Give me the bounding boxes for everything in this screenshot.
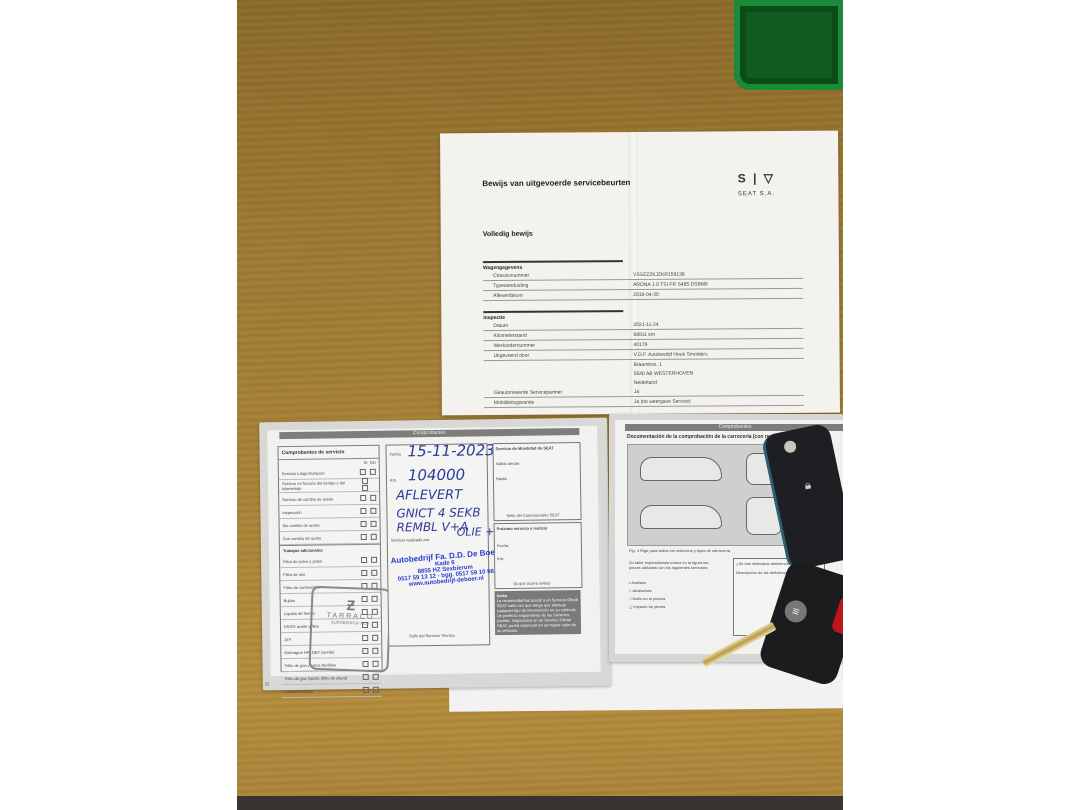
row-value: Ja bbox=[634, 387, 804, 394]
aviso-box: Aviso Le recomendamos acudir a un Servic… bbox=[495, 590, 582, 635]
label-fecha: Fecha bbox=[390, 451, 401, 456]
car-side-right-icon bbox=[640, 505, 722, 529]
row-value: 2021-11-24 bbox=[633, 320, 803, 327]
damage-legend: ▪ Arañazo○ Abolladura□ Daño en la pintur… bbox=[629, 580, 725, 612]
label-servicio: Servicio realizado por bbox=[391, 537, 430, 543]
row-value: VSSZZZKJZKR159138 bbox=[633, 270, 803, 277]
damage-symbol-icon: △ bbox=[629, 604, 632, 609]
row-label: Mobiliteitsgarantie bbox=[484, 399, 634, 406]
item-label: Sin cambio de aceite bbox=[283, 522, 320, 528]
item-label: Servicio de cambio de aceite bbox=[282, 496, 333, 502]
checkbox-si[interactable] bbox=[360, 507, 366, 513]
mobility-seal: Sello del Concesionario SEAT bbox=[506, 512, 559, 518]
row-label: Werkordernummer bbox=[483, 342, 633, 349]
checkbox-no[interactable] bbox=[371, 520, 377, 526]
item-label: ATF bbox=[284, 637, 291, 642]
next-service-note: (lo que ocurra antes) bbox=[513, 580, 550, 586]
seat-cupra-logo-icon: S | ▽ bbox=[726, 171, 786, 185]
key-button-icon bbox=[783, 440, 797, 454]
fig-caption: Fig. 4 Rige para todos los vehículos y t… bbox=[629, 548, 731, 553]
booklet-left-page: Comprobantes Comprobantes de servicio SI… bbox=[259, 418, 611, 691]
checkbox-no[interactable] bbox=[371, 533, 377, 539]
certificate-subtitle: Volledig bewijs bbox=[483, 231, 533, 238]
row-value: Nederland bbox=[634, 378, 804, 385]
row-label bbox=[484, 374, 634, 375]
checkbox-no[interactable] bbox=[371, 556, 377, 562]
row-label: Uitgevoerd door bbox=[484, 352, 634, 359]
lock-icon: 🔒︎ bbox=[803, 477, 812, 493]
certificate-title: Bewijs van uitgevoerde servicebeurten bbox=[482, 178, 630, 188]
row-label: Datum bbox=[483, 322, 633, 329]
vehicle-section: Wagengegevens ChassisnummerVSSZZZKJZKR15… bbox=[483, 259, 803, 301]
item-label: Servicio Larga Duración bbox=[282, 470, 325, 476]
info-row: Afleverdatum2018-04-30 bbox=[483, 289, 803, 301]
legend-label: Arañazo bbox=[631, 580, 646, 585]
row-label: Afleverdatum bbox=[483, 292, 633, 299]
damage-symbol-icon: □ bbox=[629, 596, 631, 601]
row-value: Braambos, 1 bbox=[634, 360, 804, 367]
legend-item: □ Daño en la pintura bbox=[629, 596, 725, 604]
row-label: Typeaanduiding bbox=[483, 282, 633, 289]
row-label: Chassisnummer bbox=[483, 272, 633, 279]
legend-item: ▪ Arañazo bbox=[629, 580, 725, 588]
checkbox-si[interactable] bbox=[363, 686, 369, 692]
item-label: Con cambio de aceite bbox=[283, 535, 322, 541]
mobility-valid: Válido desde: bbox=[494, 452, 580, 466]
checkbox-no[interactable] bbox=[370, 494, 376, 500]
label-sello: Sello del Servicio Técnico bbox=[409, 633, 455, 639]
checkbox-no[interactable] bbox=[373, 673, 379, 679]
brand-name: SEAT S.A. bbox=[726, 191, 786, 197]
checklist-item: Servicio en función del tiempo o del kil… bbox=[279, 479, 379, 493]
legend-label: Daño en la pintura bbox=[633, 596, 666, 601]
checkbox-no[interactable] bbox=[371, 569, 377, 575]
item-label: Correa dentada bbox=[285, 688, 313, 693]
legend-label: Impacto de piedra bbox=[633, 604, 665, 609]
row-label: Geautoriseerde Servicepartner bbox=[484, 389, 634, 396]
legend-item: ○ Abolladura bbox=[629, 588, 725, 596]
row-label bbox=[484, 383, 634, 384]
seat-emblem-icon: ≡ bbox=[782, 598, 810, 626]
mobility-until: Hasta: bbox=[494, 465, 580, 481]
left-banner: Comprobantes bbox=[279, 428, 579, 439]
service-certificate: Bewijs van uitgevoerde servicebeurten Vo… bbox=[440, 131, 840, 416]
handwritten-line2: GNICT 4 SEKB bbox=[396, 505, 480, 520]
floor-tiles bbox=[237, 796, 843, 810]
checkbox-si[interactable] bbox=[361, 533, 367, 539]
next-service-date: Fecha: bbox=[495, 532, 581, 548]
row-value: V.O.F. Autobedrijf Houk Smolders bbox=[634, 350, 804, 357]
checklist-item: Correa dentada bbox=[282, 684, 382, 698]
checkbox-si[interactable] bbox=[360, 494, 366, 500]
label-km: Km bbox=[390, 478, 396, 483]
page-number: 22 bbox=[265, 681, 270, 686]
checkbox-no[interactable] bbox=[370, 468, 376, 474]
checkbox-no[interactable] bbox=[373, 686, 379, 692]
checkbox-si[interactable] bbox=[361, 556, 367, 562]
checkbox-si[interactable] bbox=[361, 520, 367, 526]
item-label: Servicio en función del tiempo o del kil… bbox=[282, 480, 358, 491]
tarraco-stamp: Ƶ TARRACO EUROBEDRIJF NOV bbox=[308, 586, 391, 673]
item-label: Filtro de polvo y polen bbox=[283, 558, 322, 564]
car-side-left-icon bbox=[640, 457, 722, 481]
handwritten-line1: AFLEVERT bbox=[396, 488, 462, 504]
checkbox-si[interactable] bbox=[363, 673, 369, 679]
row-value: 2018-04-30 bbox=[633, 290, 803, 297]
service-booklet: Comprobantes Comprobantes de servicio SI… bbox=[261, 414, 843, 690]
red-logo-mark bbox=[831, 596, 843, 636]
row-label: Kilometerstand bbox=[483, 332, 633, 339]
photo: Bewijs van uitgevoerde servicebeurten Vo… bbox=[237, 0, 843, 810]
checkbox-si[interactable] bbox=[360, 468, 366, 474]
handwritten-km: 104000 bbox=[408, 466, 466, 485]
item-label: Filtro de gas líquido (filtro de plaza) bbox=[285, 675, 348, 681]
checkbox-no[interactable] bbox=[370, 507, 376, 513]
aviso-text: Le recomendamos acudir a un Servicio Ofi… bbox=[497, 597, 579, 633]
col-no: NO bbox=[370, 460, 376, 465]
row-value: 68911 km bbox=[633, 330, 803, 337]
legend-item: △ Impacto de piedra bbox=[629, 604, 725, 612]
legend-label: Abolladura bbox=[632, 588, 651, 593]
checkbox-si[interactable] bbox=[362, 478, 368, 484]
next-service-box: Próximo servicio a realizar Fecha: Km: (… bbox=[494, 522, 583, 589]
row-value: Ja (tot weergave Service) bbox=[634, 397, 804, 404]
row-label bbox=[484, 365, 634, 366]
row-value: ARONA 1.0 TSI FR S485 DSBM6 bbox=[633, 280, 803, 287]
checkbox-si[interactable] bbox=[361, 569, 367, 575]
row-value: 5540 AB WESTERHOVEN bbox=[634, 369, 804, 376]
inspection-section: Inspectie Datum2021-11-24Kilometerstand6… bbox=[483, 309, 804, 408]
green-tray bbox=[734, 0, 843, 90]
info-row: MobiliteitsgarantieJa (tot weergave Serv… bbox=[484, 396, 804, 408]
item-label: Filtro de aire bbox=[283, 571, 305, 576]
checkbox-no[interactable] bbox=[362, 485, 368, 491]
item-label: Bujías bbox=[284, 597, 295, 602]
col-si: SI bbox=[364, 460, 368, 465]
mobility-box: Servicio de Movilidad de SEAT Válido des… bbox=[492, 442, 581, 521]
instructions: Su taller especializado marca en la figu… bbox=[629, 560, 719, 570]
handwritten-date: 15-11-2023 bbox=[407, 441, 494, 460]
row-value: 40179 bbox=[633, 340, 803, 347]
next-service-km: Km: bbox=[495, 547, 581, 561]
seat-logo: S | ▽ SEAT S.A. bbox=[726, 171, 786, 197]
item-label: Inspección bbox=[282, 509, 301, 514]
